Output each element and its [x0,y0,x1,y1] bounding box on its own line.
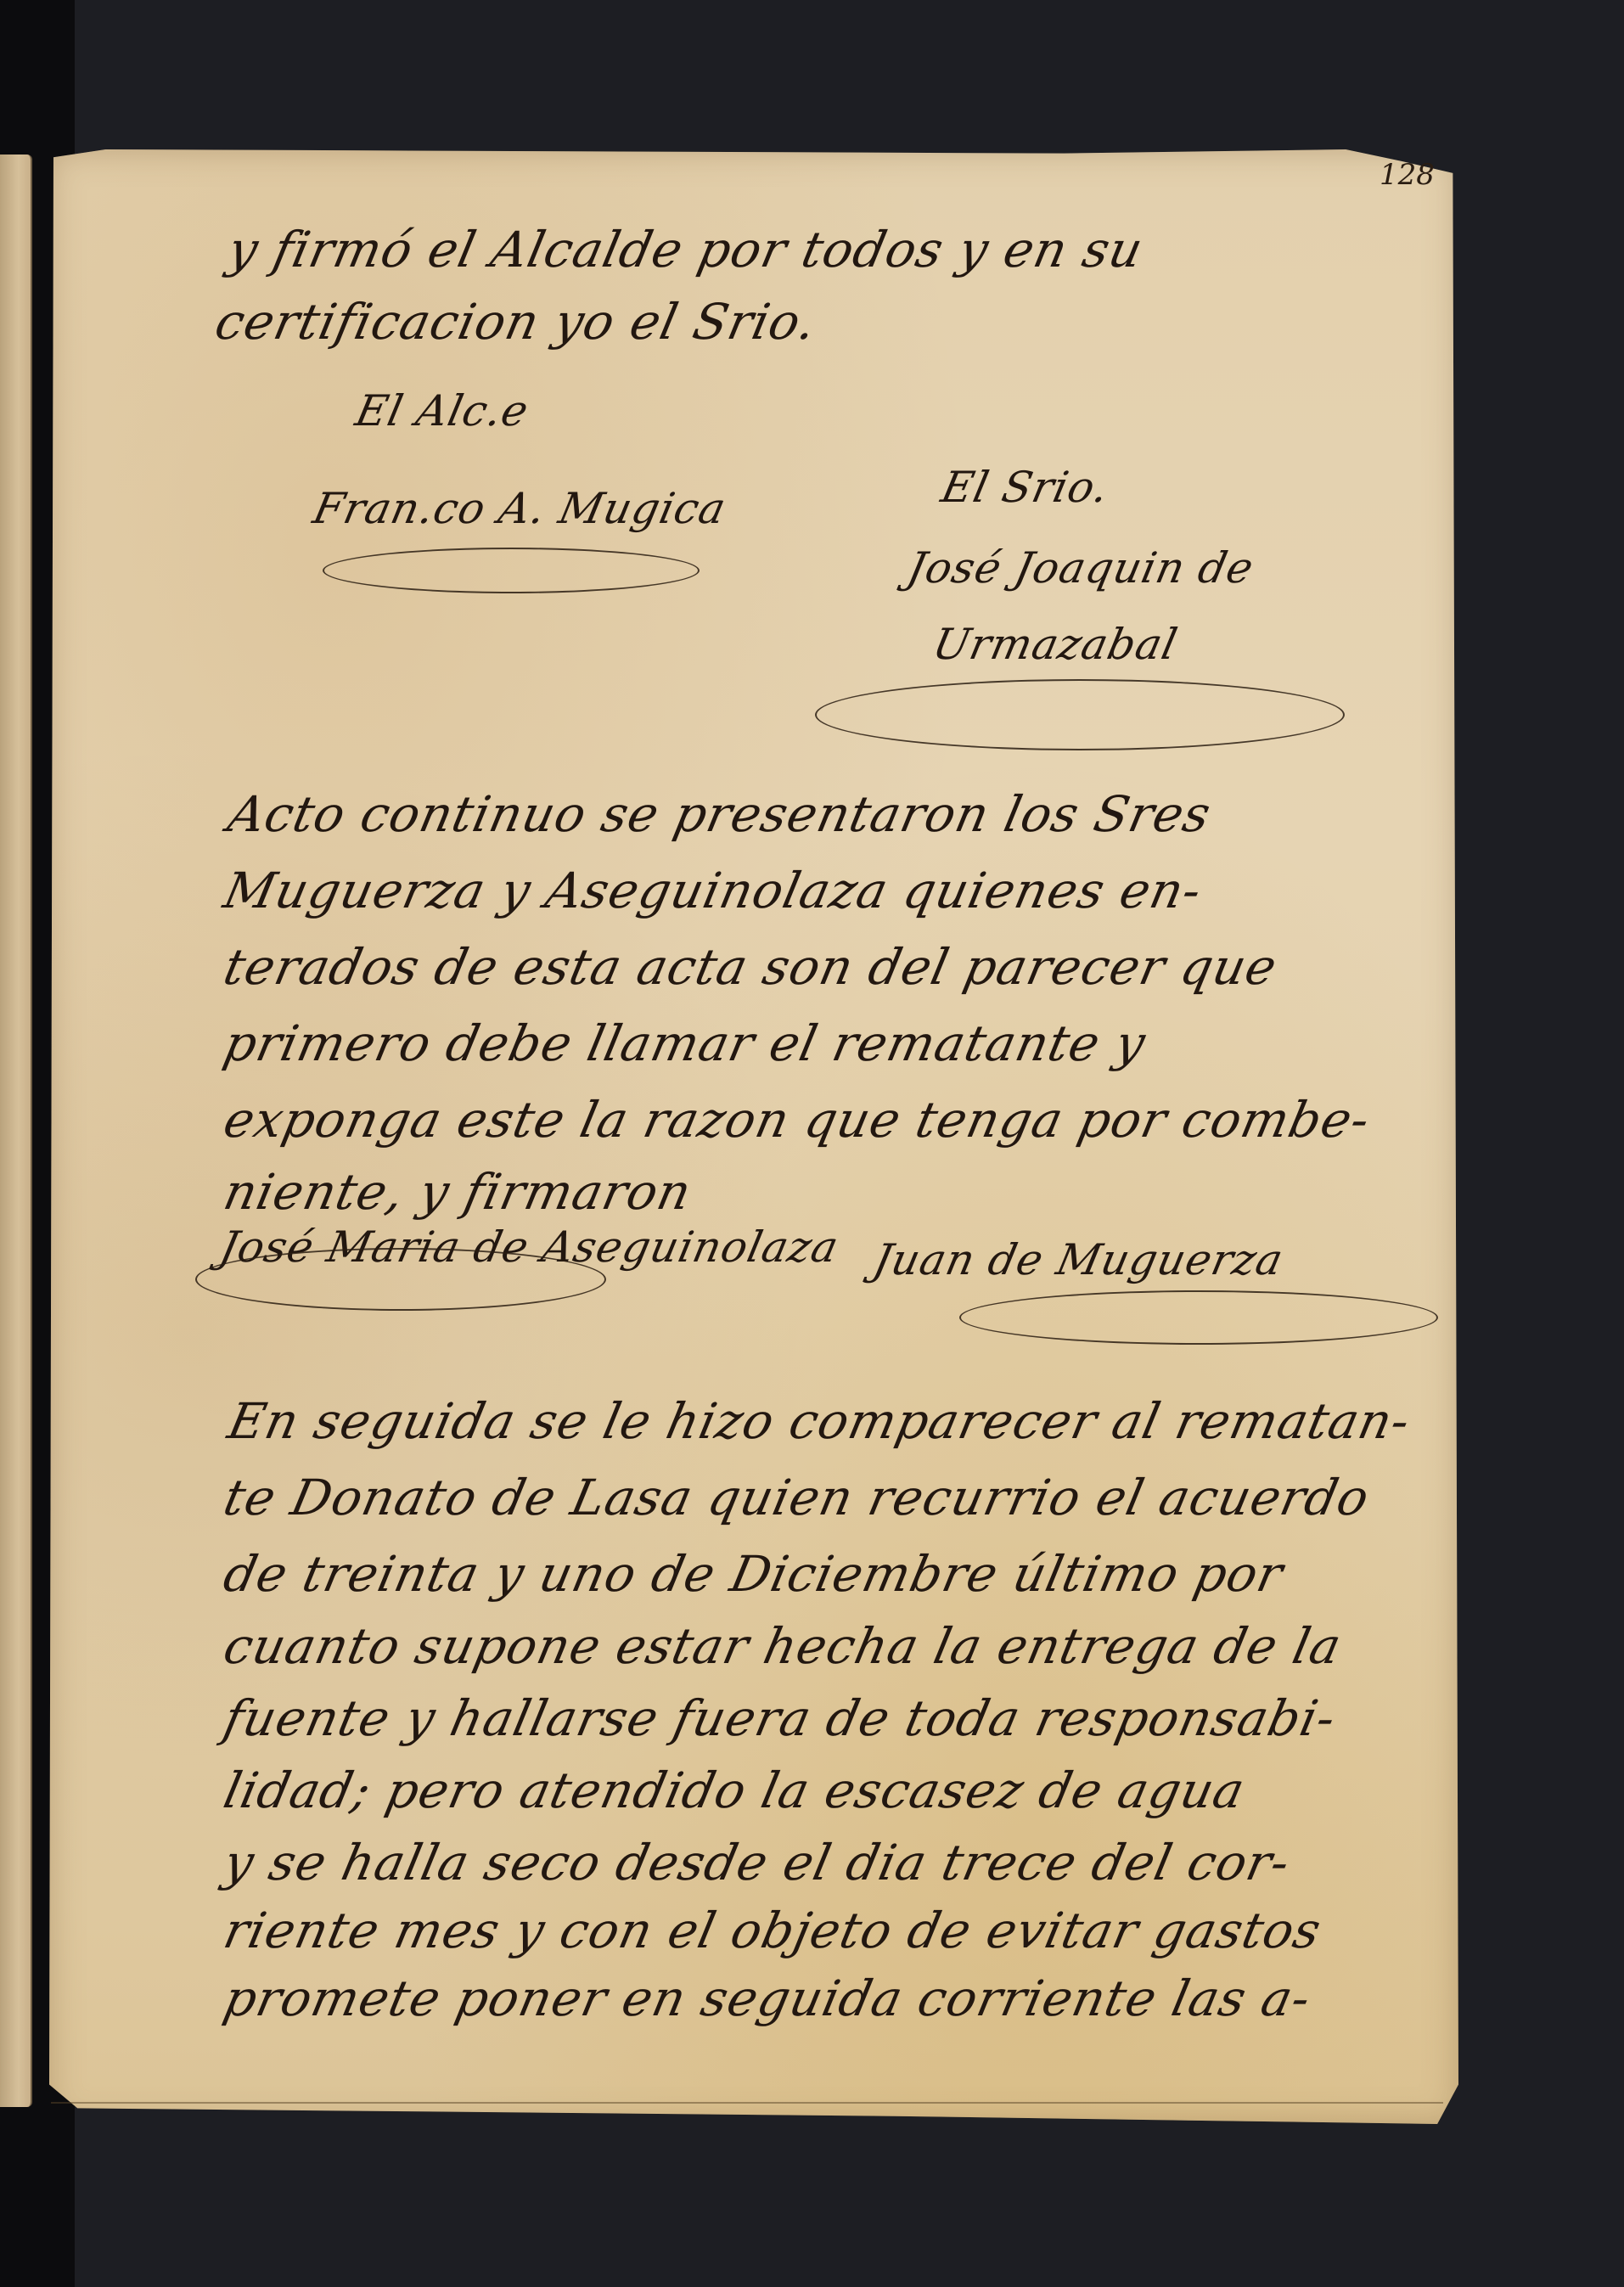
secretario-name-line-1: José Joaquin de [903,543,1258,593]
folio-number: 128 [1380,158,1435,192]
seguida-line-1: En seguida se le hizo comparecer al rema… [223,1392,1416,1450]
alcalde-name: Fran.co A. Mugica [309,484,731,533]
previous-page-edge [0,155,32,2107]
muguerza-signature: Juan de Muguerza [869,1235,1288,1284]
seguida-line-9: promete poner en seguida corriente las a… [219,1970,1317,2027]
seguida-line-5: fuente y hallarse fuera de toda responsa… [219,1689,1341,1747]
acto-line-3: terados de esta acta son del parecer que [219,938,1283,996]
seguida-line-7: y se halla seco desde el dia trece del c… [219,1834,1295,1891]
seguida-line-4: cuanto supone estar hecha la entrega de … [219,1617,1347,1675]
acto-line-2: Muguerza y Aseguinolaza quienes en- [219,862,1207,919]
seguida-line-2: te Donato de Lasa quien recurrio el acue… [219,1469,1375,1526]
closing-line-2: certificacion yo el Srio. [211,293,822,351]
closing-line-1: y firmó el Alcalde por todos y en su [223,221,1149,278]
secretario-name-line-2: Urmazabal [929,620,1183,669]
aseguinolaza-rubric [195,1248,606,1311]
muguerza-rubric [959,1290,1438,1345]
alcalde-rubric [323,548,700,593]
seguida-line-6: lidad; pero atendido la escasez de agua [219,1762,1250,1819]
secretario-title: El Srio. [937,463,1114,512]
page-fold-line [51,2102,1443,2104]
acto-line-4: primero debe llamar el rematante y [219,1014,1151,1072]
acto-line-6: niente, y firmaron [219,1163,697,1221]
alcalde-title: El Alc.e [351,386,533,435]
seguida-line-3: de treinta y uno de Diciembre último por [219,1545,1289,1603]
seguida-line-8: riente mes y con el objeto de evitar gas… [219,1902,1327,1959]
acto-line-1: Acto continuo se presentaron los Sres [223,785,1217,843]
acto-line-5: exponga este la razon que tenga por comb… [219,1091,1375,1149]
secretario-rubric [815,679,1345,750]
